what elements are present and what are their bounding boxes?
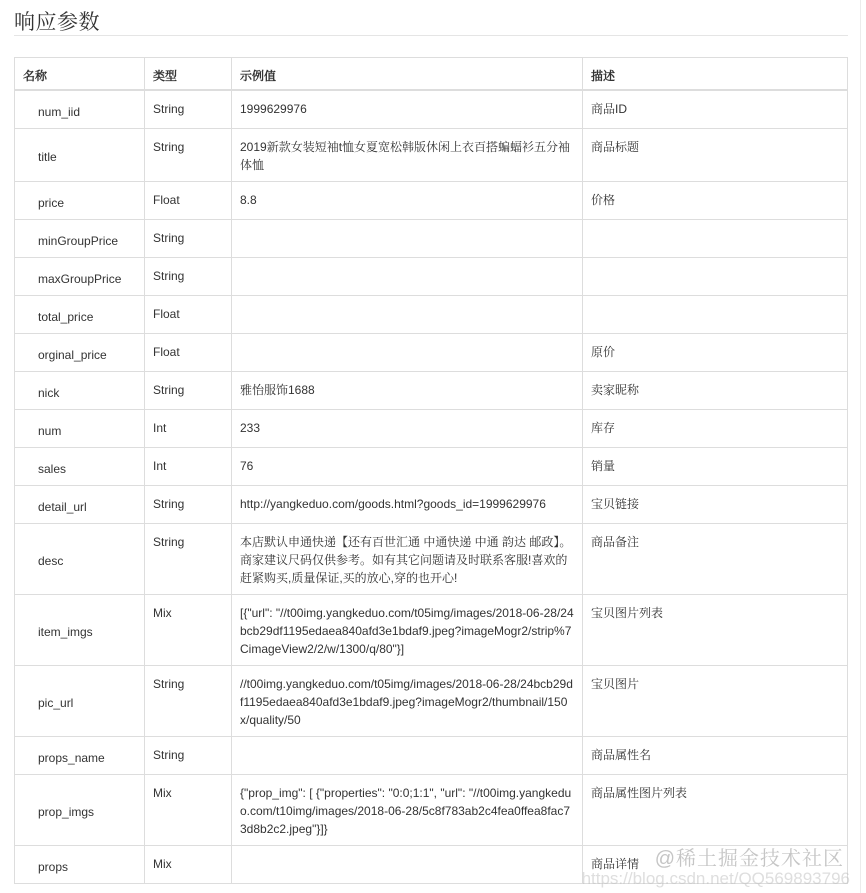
table-row: titleString2019新款女装短袖t恤女夏宽松韩版休闲上衣百搭蝙蝠衫五分… <box>15 128 848 181</box>
param-name: title <box>15 128 145 181</box>
table-row: num_iidString1999629976商品ID <box>15 90 848 129</box>
param-description: 商品标题 <box>583 128 848 181</box>
param-description: 原价 <box>583 333 848 371</box>
table-row: descString本店默认申通快递【还有百世汇通 中通快递 中通 韵达 邮政】… <box>15 523 848 594</box>
table-row: nickString雅怡服饰1688卖家昵称 <box>15 371 848 409</box>
header-type: 类型 <box>145 58 232 90</box>
param-name: item_imgs <box>15 594 145 665</box>
param-example: 2019新款女装短袖t恤女夏宽松韩版休闲上衣百搭蝙蝠衫五分袖体恤 <box>232 128 583 181</box>
response-params-table: 名称 类型 示例值 描述 num_iidString1999629976商品ID… <box>14 57 848 884</box>
param-type: Float <box>145 333 232 371</box>
param-description <box>583 219 848 257</box>
param-example: http://yangkeduo.com/goods.html?goods_id… <box>232 485 583 523</box>
header-description: 描述 <box>583 58 848 90</box>
table-row: props_nameString商品属性名 <box>15 736 848 774</box>
param-example: 76 <box>232 447 583 485</box>
table-row: prop_imgsMix{"prop_img": [ {"properties"… <box>15 774 848 845</box>
param-type: Mix <box>145 845 232 883</box>
param-description: 库存 <box>583 409 848 447</box>
param-description: 商品属性名 <box>583 736 848 774</box>
param-name: sales <box>15 447 145 485</box>
table-row: propsMix商品详情 <box>15 845 848 883</box>
param-type: Float <box>145 181 232 219</box>
param-name: detail_url <box>15 485 145 523</box>
param-type: String <box>145 257 232 295</box>
param-type: String <box>145 485 232 523</box>
page-title: 响应参数 <box>14 6 100 36</box>
param-type: String <box>145 128 232 181</box>
param-name: nick <box>15 371 145 409</box>
table-row: orginal_priceFloat原价 <box>15 333 848 371</box>
param-description: 商品备注 <box>583 523 848 594</box>
param-example: 233 <box>232 409 583 447</box>
param-description <box>583 295 848 333</box>
title-divider <box>14 35 848 36</box>
param-type: String <box>145 665 232 736</box>
param-type: String <box>145 736 232 774</box>
param-type: Mix <box>145 774 232 845</box>
table-row: pic_urlString//t00img.yangkeduo.com/t05i… <box>15 665 848 736</box>
param-description: 宝贝图片列表 <box>583 594 848 665</box>
param-type: String <box>145 371 232 409</box>
param-example: 1999629976 <box>232 90 583 129</box>
param-example: 8.8 <box>232 181 583 219</box>
param-name: num <box>15 409 145 447</box>
param-type: String <box>145 523 232 594</box>
param-example: //t00img.yangkeduo.com/t05img/images/201… <box>232 665 583 736</box>
table-row: detail_urlStringhttp://yangkeduo.com/goo… <box>15 485 848 523</box>
param-type: String <box>145 219 232 257</box>
param-name: orginal_price <box>15 333 145 371</box>
param-name: num_iid <box>15 90 145 129</box>
param-example: 雅怡服饰1688 <box>232 371 583 409</box>
param-example: {"prop_img": [ {"properties": "0:0;1:1",… <box>232 774 583 845</box>
param-name: total_price <box>15 295 145 333</box>
param-description: 销量 <box>583 447 848 485</box>
param-type: Float <box>145 295 232 333</box>
param-description: 商品属性图片列表 <box>583 774 848 845</box>
header-example: 示例值 <box>232 58 583 90</box>
param-example: 本店默认申通快递【还有百世汇通 中通快递 中通 韵达 邮政】。商家建议尺码仅供参… <box>232 523 583 594</box>
page-edge-divider <box>860 0 861 893</box>
param-description: 商品详情 <box>583 845 848 883</box>
param-name: pic_url <box>15 665 145 736</box>
table-row: numInt233库存 <box>15 409 848 447</box>
param-example <box>232 736 583 774</box>
param-description: 卖家昵称 <box>583 371 848 409</box>
table-row: minGroupPriceString <box>15 219 848 257</box>
table-row: maxGroupPriceString <box>15 257 848 295</box>
param-name: prop_imgs <box>15 774 145 845</box>
param-name: props_name <box>15 736 145 774</box>
param-example <box>232 219 583 257</box>
param-description: 宝贝图片 <box>583 665 848 736</box>
param-description: 商品ID <box>583 90 848 129</box>
param-example <box>232 845 583 883</box>
param-name: minGroupPrice <box>15 219 145 257</box>
param-type: Int <box>145 409 232 447</box>
param-description: 价格 <box>583 181 848 219</box>
param-type: String <box>145 90 232 129</box>
header-name: 名称 <box>15 58 145 90</box>
param-description <box>583 257 848 295</box>
param-example: [{"url": "//t00img.yangkeduo.com/t05img/… <box>232 594 583 665</box>
param-example <box>232 295 583 333</box>
param-example <box>232 333 583 371</box>
param-description: 宝贝链接 <box>583 485 848 523</box>
param-name: props <box>15 845 145 883</box>
param-example <box>232 257 583 295</box>
table-row: item_imgsMix[{"url": "//t00img.yangkeduo… <box>15 594 848 665</box>
param-name: price <box>15 181 145 219</box>
param-type: Mix <box>145 594 232 665</box>
table-row: total_priceFloat <box>15 295 848 333</box>
table-header-row: 名称 类型 示例值 描述 <box>15 58 848 90</box>
param-name: desc <box>15 523 145 594</box>
param-type: Int <box>145 447 232 485</box>
table-row: salesInt76销量 <box>15 447 848 485</box>
table-row: priceFloat8.8价格 <box>15 181 848 219</box>
param-name: maxGroupPrice <box>15 257 145 295</box>
